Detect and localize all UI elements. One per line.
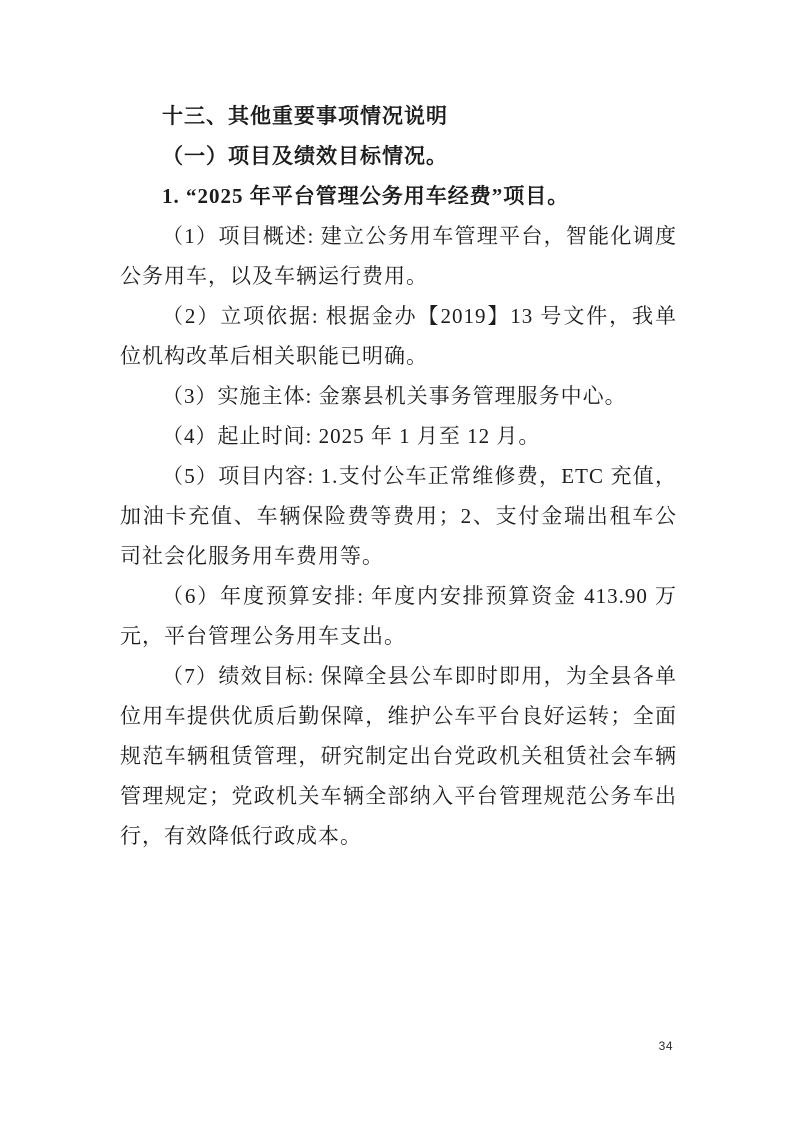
paragraph-annual-budget: （6）年度预算安排: 年度内安排预算资金 413.90 万元，平台管理公务用车支… bbox=[120, 576, 677, 656]
paragraph-approval-basis: （2）立项依据: 根据金办【2019】13 号文件，我单位机构改革后相关职能已明… bbox=[120, 296, 677, 376]
page-number: 34 bbox=[659, 1039, 673, 1053]
document-body: 十三、其他重要事项情况说明 （一）项目及绩效目标情况。 1. “2025 年平台… bbox=[120, 96, 677, 856]
paragraph-implementing-body: （3）实施主体: 金寨县机关事务管理服务中心。 bbox=[120, 376, 677, 416]
project-heading: 1. “2025 年平台管理公务用车经费”项目。 bbox=[120, 176, 677, 216]
paragraph-project-overview: （1）项目概述: 建立公务用车管理平台，智能化调度公务用车，以及车辆运行费用。 bbox=[120, 216, 677, 296]
paragraph-project-content: （5）项目内容: 1.支付公车正常维修费，ETC 充值，加油卡充值、车辆保险费等… bbox=[120, 456, 677, 576]
document-page: 十三、其他重要事项情况说明 （一）项目及绩效目标情况。 1. “2025 年平台… bbox=[0, 0, 793, 1122]
subsection-heading: （一）项目及绩效目标情况。 bbox=[120, 136, 677, 176]
section-heading: 十三、其他重要事项情况说明 bbox=[120, 96, 677, 136]
paragraph-performance-goals: （7）绩效目标: 保障全县公车即时即用，为全县各单位用车提供优质后勤保障，维护公… bbox=[120, 656, 677, 856]
paragraph-time-period: （4）起止时间: 2025 年 1 月至 12 月。 bbox=[120, 416, 677, 456]
